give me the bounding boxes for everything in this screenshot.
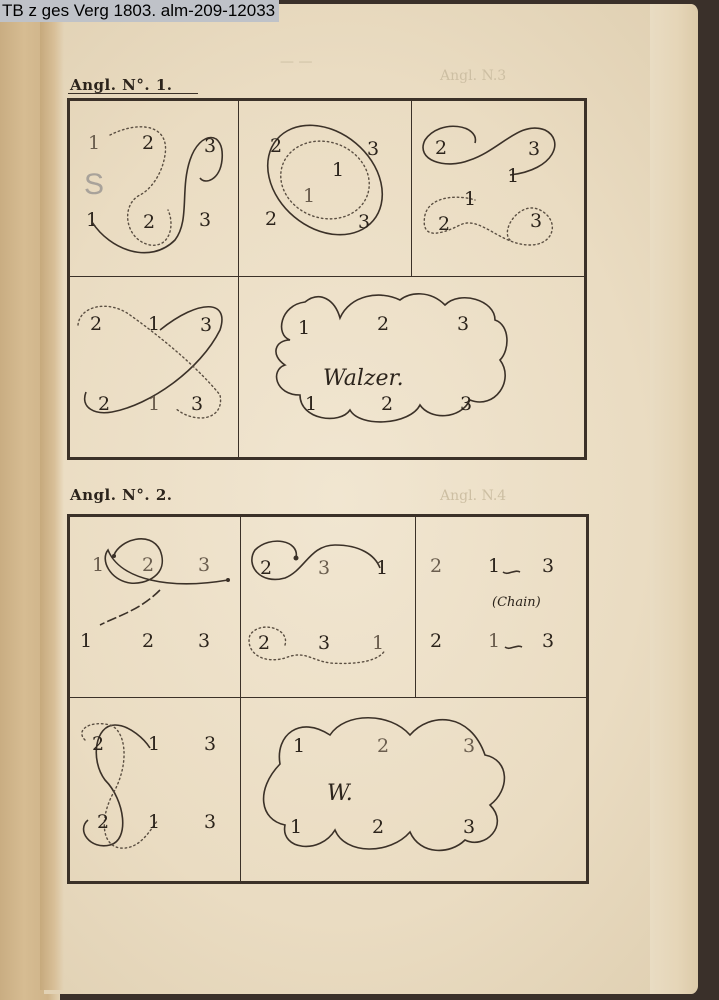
svg-text:2: 2: [260, 557, 272, 579]
svg-text:3: 3: [204, 733, 216, 755]
svg-text:1: 1: [293, 735, 305, 757]
svg-text:3: 3: [198, 554, 210, 576]
svg-text:3: 3: [542, 555, 554, 577]
figure-2e-w: 1 2 3 W. 1 2 3: [264, 718, 505, 851]
svg-text:2: 2: [430, 630, 442, 652]
svg-text:3: 3: [318, 557, 330, 579]
svg-text:3: 3: [318, 632, 330, 654]
figure-2a: 1 2 3 1 2 3: [80, 539, 230, 652]
svg-text:2: 2: [258, 632, 270, 654]
svg-text:2: 2: [142, 630, 154, 652]
svg-text:1: 1: [488, 630, 500, 652]
svg-text:2: 2: [97, 811, 109, 833]
svg-text:1: 1: [376, 557, 388, 579]
svg-text:1: 1: [148, 733, 160, 755]
svg-text:1: 1: [92, 554, 104, 576]
svg-text:1: 1: [488, 555, 500, 577]
figure-2c: 2 1 3 (Chain) 2 1 3: [430, 555, 554, 652]
svg-text:3: 3: [463, 816, 475, 838]
svg-text:2: 2: [372, 816, 384, 838]
svg-text:1: 1: [372, 632, 384, 654]
svg-text:2: 2: [92, 733, 104, 755]
svg-text:3: 3: [198, 630, 210, 652]
chain-note: (Chain): [492, 595, 541, 610]
svg-text:1: 1: [148, 811, 160, 833]
section2-figures: 1 2 3 1 2 3 2 3 1 2 3 1 2 1 3 (Chain) 2 …: [0, 0, 719, 1000]
w-title: W.: [327, 781, 353, 806]
svg-text:2: 2: [142, 554, 154, 576]
svg-text:3: 3: [542, 630, 554, 652]
svg-text:1: 1: [80, 630, 92, 652]
svg-text:2: 2: [430, 555, 442, 577]
figure-2d: 2 1 3 2 1 3: [82, 724, 216, 848]
svg-text:3: 3: [204, 811, 216, 833]
image-caption: TB z ges Verg 1803. alm-209-12033: [0, 0, 279, 22]
svg-text:3: 3: [463, 735, 475, 757]
svg-text:1: 1: [290, 816, 302, 838]
figure-2b: 2 3 1 2 3 1: [249, 541, 388, 663]
svg-text:2: 2: [377, 735, 389, 757]
